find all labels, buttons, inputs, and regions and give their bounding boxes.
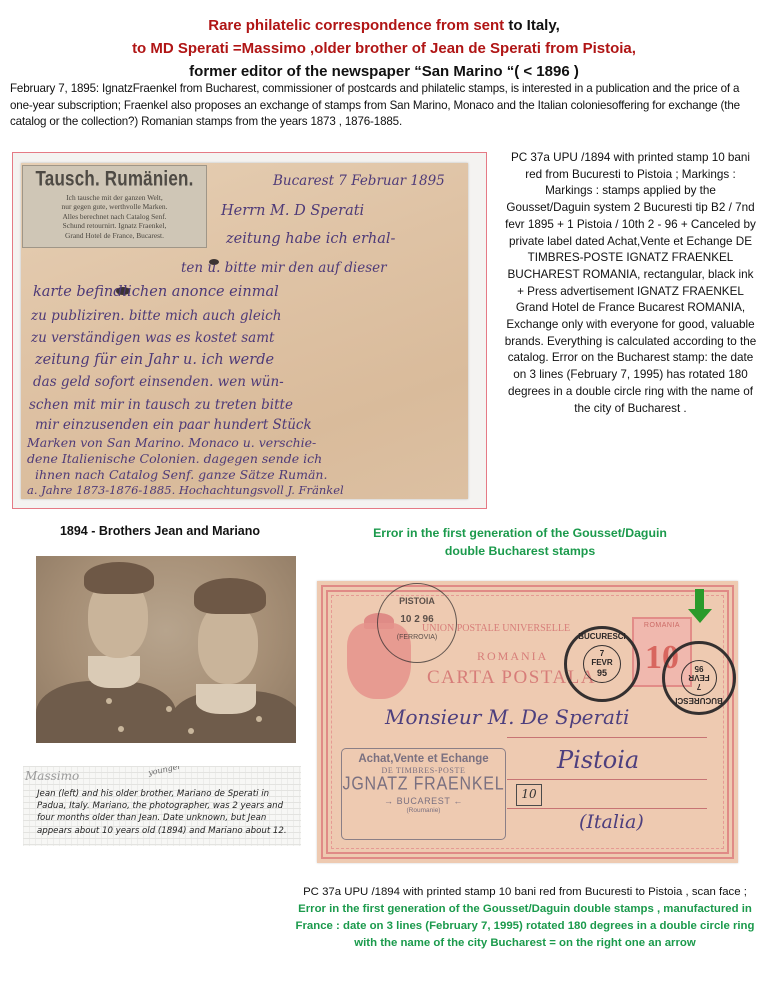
clipping-line: Ich tausche mit der ganzen Welt, (26, 193, 203, 202)
uniform-button (118, 726, 124, 732)
title-line-1: Rare philatelic correspondence from sent… (0, 16, 768, 36)
cancel-1-day: 7 (567, 649, 637, 658)
handwriting-line: zu verständigen was es kostet samt (31, 330, 274, 346)
intro-paragraph: February 7, 1895: IgnatzFraenkel from Bu… (10, 81, 760, 131)
title-red-part: Rare philatelic correspondence from sent (208, 17, 504, 34)
handwriting-line: schen mit mir in tausch zu treten bitte (29, 397, 293, 413)
bottom-caption-green: Error in the first generation of the Gou… (296, 903, 755, 949)
stamp-country: ROMANIA (634, 622, 690, 629)
handwriting-line: zeitung habe ich erhal- (226, 231, 395, 247)
handwriting-line: zu publiziren. bitte mich auch gleich (31, 308, 281, 324)
left-boy-collar (88, 656, 140, 688)
green-arrow-icon (688, 609, 712, 623)
label-line-1: Achat,Vente et Echange (342, 753, 505, 765)
address-line-3: (Italia) (579, 811, 644, 833)
note-text: Jean (left) and his older brother, Maria… (37, 788, 299, 837)
title-black-part: to Italy, (504, 17, 560, 34)
address-line-1: Monsieur M. De Sperati (385, 705, 629, 729)
rate-box: 10 (516, 784, 542, 806)
cancel-2-day: 7 (665, 682, 733, 691)
handwriting-line: karte befindlichen anonce einmal (33, 284, 279, 300)
label-line-5: (Roumanie) (342, 807, 505, 814)
uniform-button (188, 728, 194, 734)
handwritten-note: Massimo younger Jean (left) and his olde… (23, 766, 301, 846)
fraenkel-dealer-label: Achat,Vente et Echange DE TIMBRES-POSTE … (341, 748, 506, 840)
country-text: ROMANIA (477, 649, 548, 664)
pistoia-cancel-sub: (FERROVIA) (380, 634, 454, 641)
note-insert-word: younger (147, 766, 181, 777)
green-arrow-shaft (695, 589, 704, 611)
left-boy-hair (84, 562, 154, 594)
error-caption: Error in the first generation of the Gou… (330, 524, 710, 560)
address-rule (507, 808, 707, 809)
bucuresci-cancel-2-error: BUCURESCI 95 FEVR 7 (662, 641, 736, 715)
clipping-title: Tausch. Rumänien. (23, 167, 206, 192)
cancel-1-year: 95 (567, 668, 637, 678)
handwriting-line: zeitung für ein Jahr u. ich werde (35, 352, 274, 368)
note-margin-word: Massimo (25, 769, 79, 783)
left-boy-uniform (36, 681, 176, 743)
pistoia-cancel-date: 10 2 96 (380, 614, 454, 625)
right-boy-hair (194, 578, 266, 614)
bucuresci-cancel-1: BUCURESCI 7 FEVR 95 (564, 626, 640, 702)
handwriting-line: mir einzusenden ein paar hundert Stück (35, 417, 312, 433)
brothers-photo (36, 556, 296, 743)
address-rule (507, 737, 707, 738)
uniform-button (256, 716, 262, 722)
cancel-1-month: FEVR (567, 658, 637, 667)
title-line-2: to MD Sperati =Massimo ,older brother of… (0, 39, 768, 59)
cancel-2-city: BUCURESCI (665, 696, 733, 705)
clipping-line: Grand Hotel de France, Bucarest. (26, 231, 203, 240)
handwriting-line: das geld sofort einsenden. wen wün- (33, 374, 284, 390)
label-line-3: JGNATZ FRAENKEL (342, 775, 505, 796)
address-rule (507, 779, 707, 780)
handwriting-line: a. Jahre 1873-1876-1885. Hochachtungsvol… (27, 483, 344, 497)
bottom-caption: PC 37a UPU /1894 with printed stamp 10 b… (290, 884, 760, 952)
cancel-2-year: 95 (665, 664, 733, 673)
error-caption-line-2: double Bucharest stamps (330, 542, 710, 560)
handwriting-line: Bucarest 7 Februar 1895 (273, 173, 445, 189)
clipping-line: Alles berechnet nach Catalog Senf. (26, 212, 203, 221)
cancel-1-city: BUCURESCI (567, 632, 637, 641)
error-caption-line-1: Error in the first generation of the Gou… (330, 524, 710, 542)
handwriting-line: Herrn M. D Sperati (221, 203, 364, 219)
handwriting-line: ihnen nach Catalog Senf. ganze Sätze Rum… (35, 467, 327, 482)
bottom-caption-plain: PC 37a UPU /1894 with printed stamp 10 b… (303, 886, 747, 898)
right-boy-face (198, 602, 258, 684)
clipping-line: Schund retournirt. Ignatz Fraenkel, (26, 221, 203, 230)
clipping-body: Ich tausche mit der ganzen Welt, nur geg… (23, 193, 206, 240)
right-boy-collar (196, 684, 256, 714)
pistoia-cancel-city: PISTOIA (380, 596, 454, 606)
clipping-line: nur gegen gute, werthvolle Marken. (26, 202, 203, 211)
address-line-2: Pistoia (557, 746, 639, 774)
newspaper-clipping: Tausch. Rumänien. Ich tausche mit der ga… (22, 165, 207, 248)
cancel-2-month: FEVR (665, 673, 733, 682)
label-line-4: → BUCAREST ← (342, 796, 505, 806)
postcard-back-image: Tausch. Rumänien. Ich tausche mit der ga… (21, 163, 468, 499)
handwriting-line: ten u. bitte mir den auf dieser (181, 260, 387, 276)
pistoia-cancel: PISTOIA 10 2 96 (FERROVIA) (377, 583, 457, 663)
uniform-button (166, 706, 172, 712)
uniform-button (106, 698, 112, 704)
postcard-description: PC 37a UPU /1894 with printed stamp 10 b… (503, 150, 758, 417)
postcard-front-image: UNION POSTALE UNIVERSELLE ROMANIA CARTA … (317, 581, 738, 863)
photo-caption: 1894 - Brothers Jean and Mariano (30, 524, 290, 538)
label-line-2: DE TIMBRES-POSTE (342, 766, 505, 775)
title-line-3: former editor of the newspaper “San Mari… (0, 62, 768, 82)
handwriting-line: Marken von San Marino. Monaco u. verschi… (27, 435, 316, 450)
handwriting-line: dene Italienische Colonien. dagegen send… (27, 451, 322, 466)
